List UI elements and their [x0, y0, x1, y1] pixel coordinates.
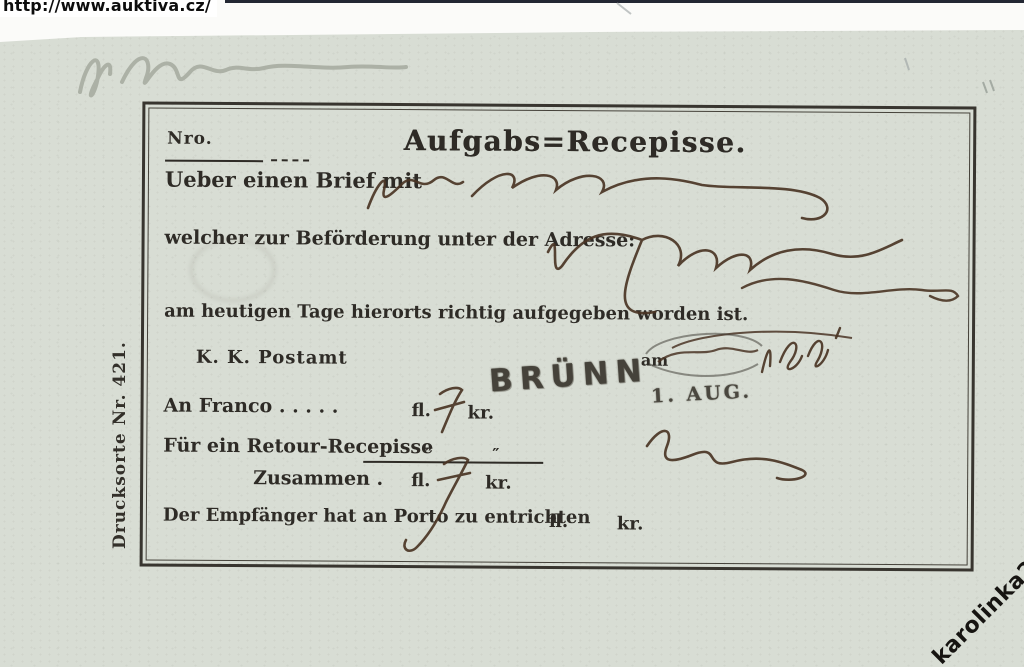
fee-recipient-label: Der Empfänger hat an Porto zu entrichten: [163, 505, 591, 529]
scanned-postal-receipt: Nro. Aufgabs=Recepisse. Ueber einen Brie…: [0, 0, 1024, 667]
total-kreuzer-unit: kr.: [485, 473, 512, 494]
fee-total-label: Zusammen .: [253, 467, 383, 490]
line-confirmation: am heutigen Tage hierorts richtig aufgeg…: [164, 301, 748, 326]
line-brief: Ueber einen Brief mit: [165, 167, 422, 194]
number-underline-dashed: [271, 159, 309, 161]
post-office-label: K. K. Postamt: [196, 347, 348, 369]
recipient-kreuzer-unit: kr.: [617, 513, 644, 534]
total-florin-unit: fl.: [411, 470, 430, 491]
number-label: Nro.: [167, 129, 213, 149]
fee-retour-label: Für ein Retour-Recepisse: [163, 435, 433, 459]
recipient-florin-unit: fl.: [549, 511, 568, 532]
form-title: Aufgabs=Recepisse.: [390, 124, 760, 159]
watermark-url-text: http://www.auktiva.cz/: [0, 0, 217, 17]
printers-mark: Drucksorte Nr. 421.: [110, 331, 130, 549]
form-frame: Nro. Aufgabs=Recepisse. Ueber einen Brie…: [140, 101, 977, 571]
franco-florin-unit: fl.: [411, 400, 430, 421]
franco-kreuzer-unit: kr.: [467, 402, 494, 423]
scan-edge-line: [225, 0, 1024, 3]
line-address: welcher zur Beförderung unter der Adress…: [165, 227, 636, 252]
fee-franco-label: An Franco . . . . .: [164, 395, 339, 418]
